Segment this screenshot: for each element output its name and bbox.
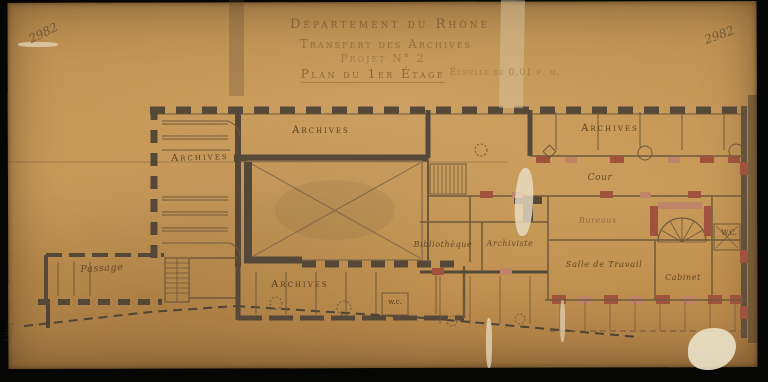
room-label-wc-upper: W.C. — [721, 230, 737, 237]
room-label-bottom-center: Archives — [271, 280, 328, 290]
room-label-left-wing: Archives — [171, 152, 229, 163]
plan-title-line2: Transfert des Archives — [300, 37, 472, 51]
scanned-plan: Département du Rhône Transfert des Archi… — [0, 0, 768, 382]
room-label-reading-room: Salle de Travail — [566, 261, 643, 270]
room-label-wc-lower: w.c. — [388, 299, 402, 306]
plan-title-line1: Département du Rhône — [290, 17, 490, 32]
plan-title-line4: Plan du 1er Étage — [301, 67, 445, 83]
room-label-library: Bibliothèque — [414, 241, 473, 249]
room-label-top-center: Archives — [292, 126, 350, 136]
room-label-archivist: Archiviste — [487, 240, 534, 248]
plan-title-line3: Projet N° 2 — [340, 52, 425, 65]
room-label-court: Cour — [588, 174, 613, 183]
room-label-offices: Bureaux — [579, 217, 617, 225]
room-label-cabinet: Cabinet — [665, 274, 701, 282]
scale-note: Échelle de 0,01 p. m. — [450, 68, 561, 78]
room-label-passage: Passage — [80, 263, 123, 275]
room-label-top-right: Archives — [581, 124, 639, 134]
